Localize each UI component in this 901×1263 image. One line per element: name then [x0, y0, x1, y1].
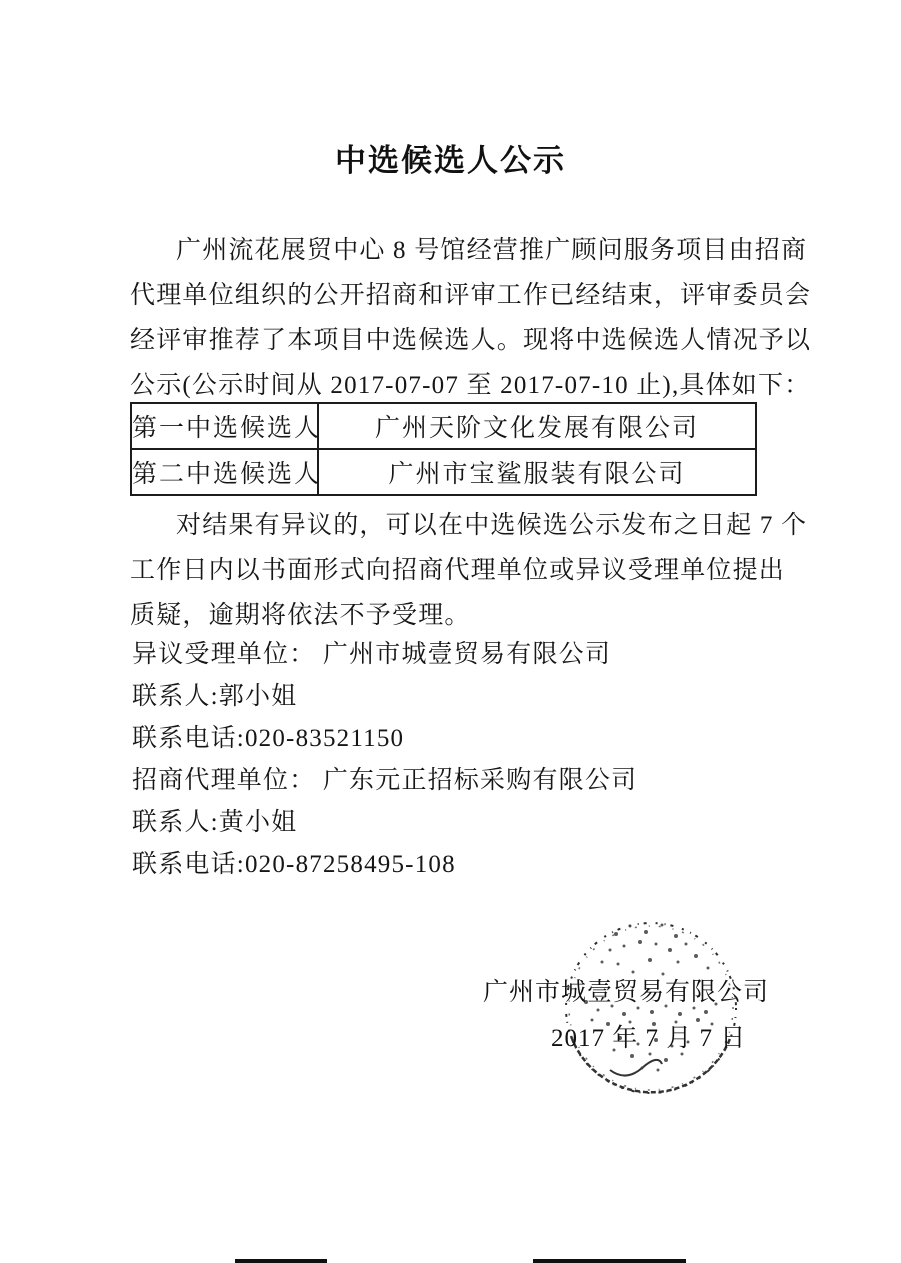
signature-company: 广州市城壹贸易有限公司: [483, 972, 769, 1008]
candidate-company-name: 广州市宝鲨服装有限公司: [318, 449, 756, 495]
scan-artifact-bar-right: [533, 1259, 686, 1263]
candidate-company-name: 广州天阶文化发展有限公司: [318, 403, 756, 449]
signature-date: 2017 年 7 月 7 日: [551, 1018, 746, 1054]
official-seal-icon: [558, 916, 744, 1100]
contact-person: 联系人:郭小姐: [132, 676, 772, 718]
body-line: 经评审推荐了本项目中选候选人。现将中选候选人情况予以: [130, 318, 770, 363]
body-line: 广州流花展贸中心 8 号馆经营推广顾问服务项目由招商: [130, 228, 770, 273]
objection-paragraph: 对结果有异议的，可以在中选候选公示发布之日起 7 个 工作日内以书面形式向招商代…: [130, 503, 770, 638]
intro-paragraph: 广州流花展贸中心 8 号馆经营推广顾问服务项目由招商 代理单位组织的公开招商和评…: [130, 228, 770, 408]
body-line: 代理单位组织的公开招商和评审工作已经结束，评审委员会: [130, 273, 770, 318]
candidate-row-1: 第一中选候选人 广州天阶文化发展有限公司: [131, 403, 756, 449]
contact-phone: 联系电话:020-83521150: [132, 718, 772, 760]
objection-handling-unit: 异议受理单位： 广州市城壹贸易有限公司: [132, 634, 772, 676]
body-line: 工作日内以书面形式向招商代理单位或异议受理单位提出: [130, 548, 770, 593]
contact-person: 联系人:黄小姐: [132, 802, 772, 844]
candidate-rank-label: 第二中选候选人: [131, 449, 318, 495]
contact-info-block: 异议受理单位： 广州市城壹贸易有限公司 联系人:郭小姐 联系电话:020-835…: [132, 634, 772, 886]
body-line: 对结果有异议的，可以在中选候选公示发布之日起 7 个: [130, 503, 770, 548]
candidate-rank-label: 第一中选候选人: [131, 403, 318, 449]
candidates-table: 第一中选候选人 广州天阶文化发展有限公司 第二中选候选人 广州市宝鲨服装有限公司: [130, 402, 757, 496]
scanned-document-page: 中选候选人公示 广州流花展贸中心 8 号馆经营推广顾问服务项目由招商 代理单位组…: [0, 0, 901, 1263]
agency-unit: 招商代理单位： 广东元正招标采购有限公司: [132, 760, 772, 802]
document-title: 中选候选人公示: [0, 135, 901, 180]
candidate-row-2: 第二中选候选人 广州市宝鲨服装有限公司: [131, 449, 756, 495]
body-line: 质疑，逾期将依法不予受理。: [130, 593, 770, 638]
scan-artifact-bar-left: [235, 1259, 327, 1263]
contact-phone: 联系电话:020-87258495-108: [132, 844, 772, 886]
